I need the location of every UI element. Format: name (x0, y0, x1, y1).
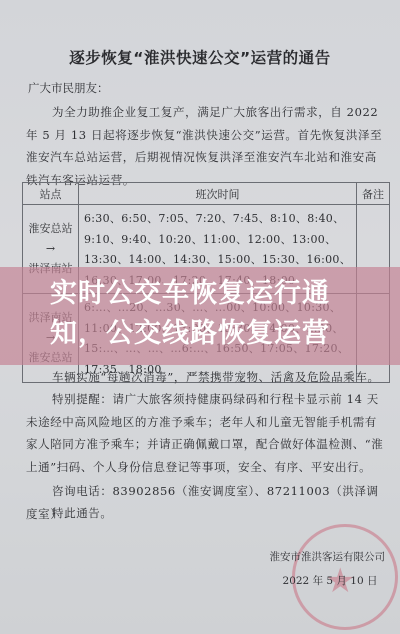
header-notes: 备注 (357, 183, 390, 205)
header-station: 站点 (23, 183, 79, 205)
reminder-paragraph: 特别提醒：请广大旅客须持健康码绿码和行程卡显示前 14 天未途经中高风险地区的方… (26, 388, 388, 478)
disinfection-paragraph: 车辆实施“每趟次消毒”，严禁携带宠物、活禽及危险品乘车。 (26, 366, 388, 389)
headline-text: 实时公交车恢复运行通知，公交线路恢复运营 (50, 274, 370, 354)
closing-paragraph: 特此通告。 (26, 502, 388, 525)
intro-paragraph: 为全力助推企业复工复产，满足广大旅客出行需求，自 2022 年 5 月 13 日… (26, 101, 388, 191)
signature-date: 2022 年 5 月 10 日 (255, 569, 385, 593)
signature-block: 淮安市淮洪客运有限公司 2022 年 5 月 10 日 (255, 545, 385, 593)
salutation: 广大市民朋友： (28, 80, 109, 96)
organization-name: 淮安市淮洪客运有限公司 (255, 545, 385, 569)
table-header-row: 站点 班次时间 备注 (23, 183, 390, 205)
arrow-right-icon: → (23, 239, 78, 259)
header-times: 班次时间 (79, 183, 357, 205)
notice-title: 逐步恢复“淮洪快速公交”运营的通告 (0, 46, 400, 68)
station-from: 淮安总站 (23, 219, 78, 239)
